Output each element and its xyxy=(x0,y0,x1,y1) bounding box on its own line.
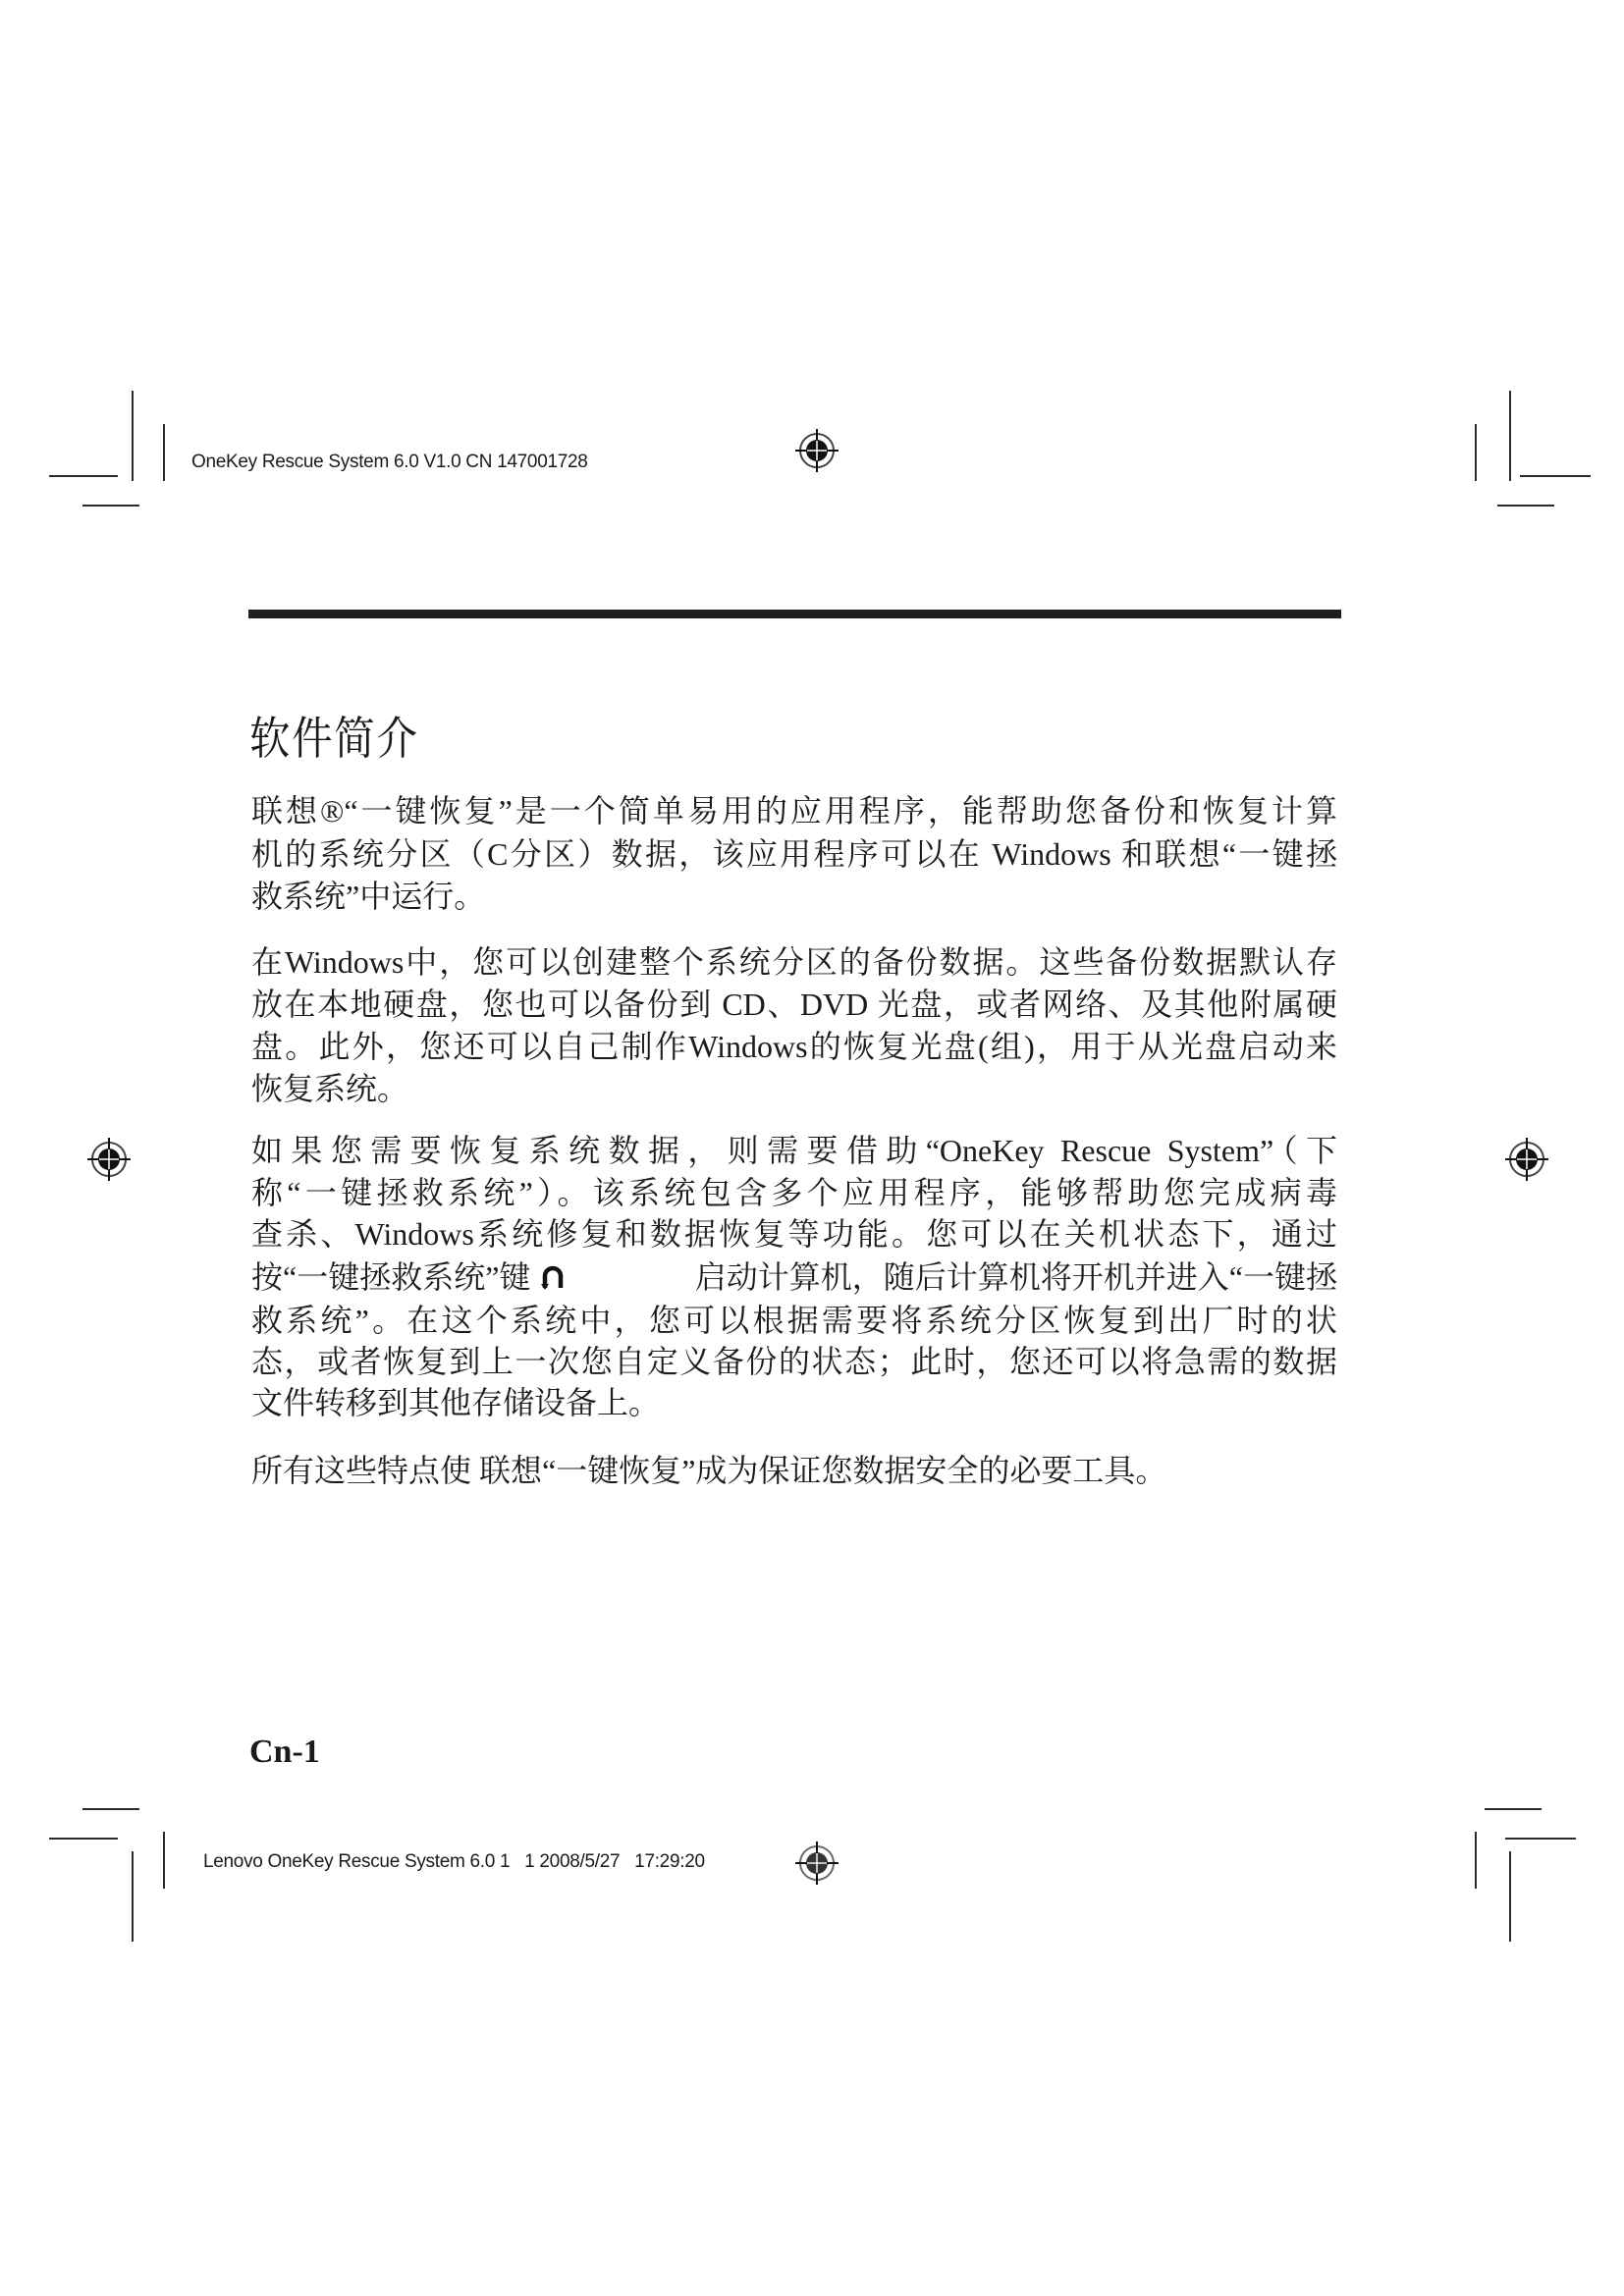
text-line: 如果您需要恢复系统数据，则需要借助“OneKey Rescue System”（… xyxy=(251,1131,1337,1170)
text-line: 态，或者恢复到上一次您自定义备份的状态；此时，您还可以将急需的数据 xyxy=(251,1342,1337,1381)
onekey-rescue-key-icon xyxy=(540,1262,566,1292)
page-title: 软件简介 xyxy=(249,703,419,768)
text-line: 文件转移到其他存储设备上。 xyxy=(251,1383,1337,1422)
crop-line xyxy=(82,1808,139,1810)
text-fragment: 启动计算机，随后计算机将开机并进入“一键拯 xyxy=(695,1257,1337,1297)
text-line: 所有这些特点使 联想“一键恢复”成为保证您数据安全的必要工具。 xyxy=(251,1451,1337,1490)
crop-line xyxy=(1475,424,1477,481)
text-line: 称“一键拯救系统”）。该系统包含多个应用程序，能够帮助您完成病毒 xyxy=(251,1173,1337,1212)
crop-line xyxy=(132,1851,134,1942)
heading-rule xyxy=(248,610,1341,618)
crop-line xyxy=(49,1838,118,1840)
text-line: 机的系统分区（C分区）数据，该应用程序可以在 Windows 和联想“一键拯 xyxy=(251,834,1337,874)
text-line: 在Windows中，您可以创建整个系统分区的备份数据。这些备份数据默认存 xyxy=(251,942,1337,982)
crop-line xyxy=(82,505,139,507)
crop-line xyxy=(1505,1838,1576,1840)
crop-line xyxy=(1509,391,1511,481)
text-fragment: 按“一键拯救系统”键 xyxy=(251,1257,530,1297)
text-line: 救系统”。在这个系统中，您可以根据需要将系统分区恢复到出厂时的状 xyxy=(251,1301,1337,1340)
footer-slug: Lenovo OneKey Rescue System 6.0 1 1 2008… xyxy=(203,1851,705,1873)
crop-line xyxy=(163,424,165,481)
text-line: 放在本地硬盘，您也可以备份到 CD、DVD 光盘，或者网络、及其他附属硬 xyxy=(251,985,1337,1024)
crop-line xyxy=(163,1832,165,1889)
crop-line xyxy=(49,475,118,477)
crop-line xyxy=(132,391,134,481)
crosshair-target-icon xyxy=(1504,1137,1549,1182)
crosshair-target-icon xyxy=(794,428,839,473)
crop-line xyxy=(1485,1808,1542,1810)
page-number: Cn-1 xyxy=(249,1734,320,1771)
text-line: 查杀、Windows系统修复和数据恢复等功能。您可以在关机状态下，通过 xyxy=(251,1214,1337,1254)
text-line: 联想®“一键恢复”是一个简单易用的应用程序，能帮助您备份和恢复计算 xyxy=(251,791,1337,830)
text-line: 恢复系统。 xyxy=(251,1069,1337,1108)
text-line-with-icon: 按“一键拯救系统”键 启动计算机，随后计算机将开机并进入“一键拯 xyxy=(251,1257,1337,1297)
crosshair-target-icon xyxy=(86,1137,132,1182)
crop-line xyxy=(1520,475,1591,477)
text-line: 救系统”中运行。 xyxy=(251,877,1337,916)
crop-line xyxy=(1475,1832,1477,1889)
crop-line xyxy=(1497,505,1554,507)
header-slug: OneKey Rescue System 6.0 V1.0 CN 1470017… xyxy=(191,452,588,473)
crosshair-target-icon xyxy=(794,1841,839,1886)
crop-line xyxy=(1509,1851,1511,1942)
text-line: 盘。此外，您还可以自己制作Windows的恢复光盘(组)，用于从光盘启动来 xyxy=(251,1027,1337,1066)
